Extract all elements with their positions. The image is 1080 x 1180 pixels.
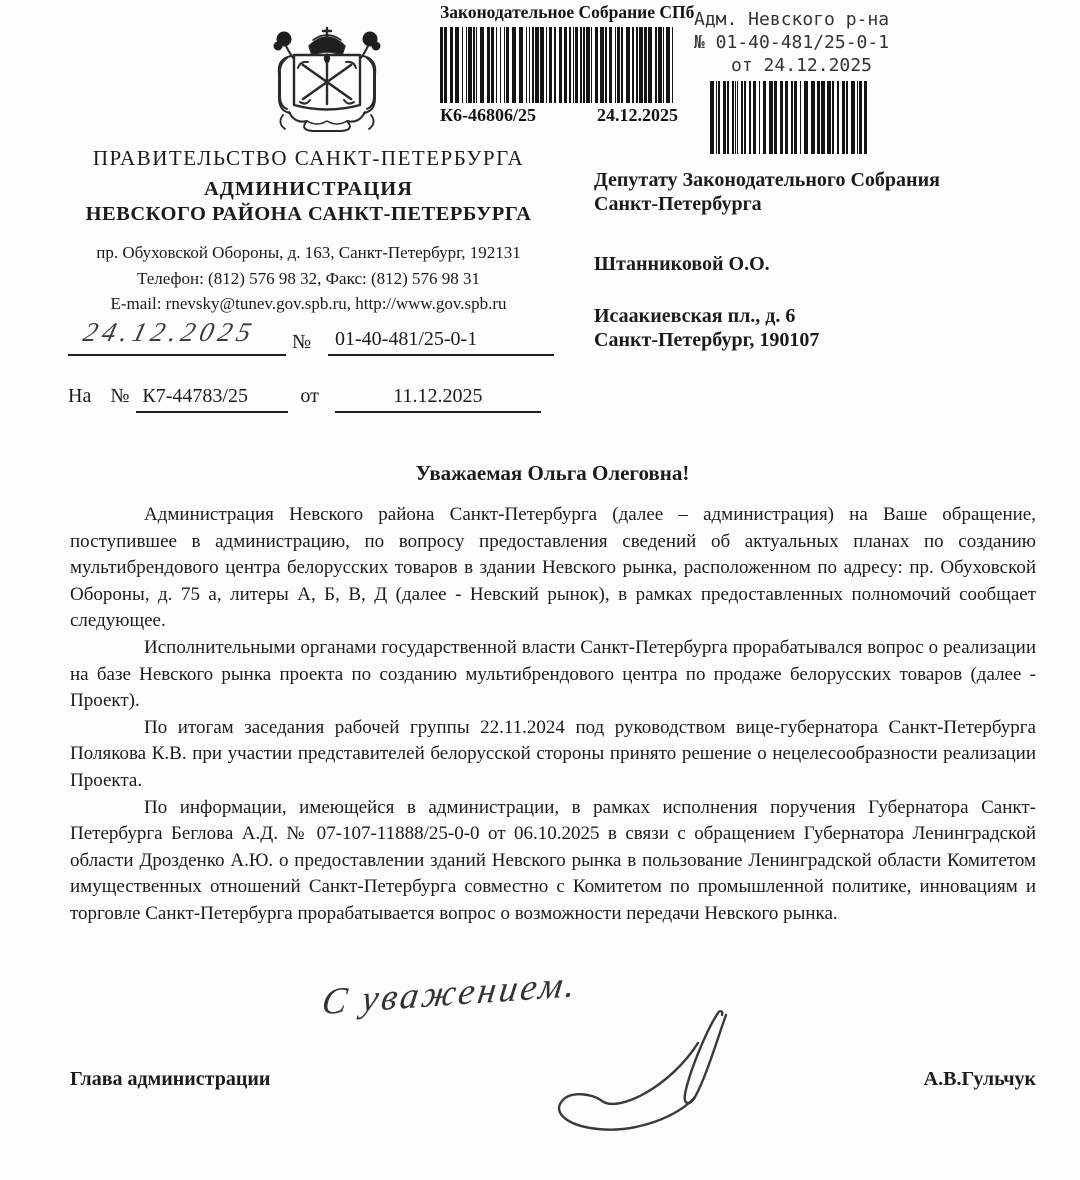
registration-label: Законодательное Собрание СПб (440, 2, 682, 23)
recipient-title-line1: Депутату Законодательного Собрания (594, 168, 1034, 192)
reference-line-incoming: На №К7-44783/25от11.12.2025 (68, 385, 541, 413)
recipient-title-line2: Санкт-Петербурга (594, 192, 1034, 216)
incoming-number: К7-44783/25 (136, 385, 288, 413)
letterhead-org-line2: НЕВСКОГО РАЙОНА САНКТ-ПЕТЕРБУРГА (56, 203, 561, 226)
from-label: от (300, 385, 318, 407)
stamp-number: № 01-40-481/25-0-1 (694, 31, 909, 54)
recipient-address-line1: Исаакиевская пл., д. 6 (594, 304, 1034, 328)
letterhead-address: пр. Обуховской Обороны, д. 163, Санкт-Пе… (56, 243, 561, 263)
letterhead: ПРАВИТЕЛЬСТВО САНКТ-ПЕТЕРБУРГА АДМИНИСТР… (56, 146, 561, 314)
registration-block: Законодательное Собрание СПб К6-46806/25… (440, 2, 682, 126)
outgoing-date-handwritten: 24.12.2025 (80, 317, 259, 348)
spb-coat-of-arms-icon (243, 20, 411, 138)
outgoing-number: 01-40-481/25-0-1 (328, 328, 554, 356)
number-sign: № (292, 331, 311, 354)
letterhead-government: ПРАВИТЕЛЬСТВО САНКТ-ПЕТЕРБУРГА (56, 146, 561, 171)
signer-name: А.В.Гульчук (924, 1068, 1036, 1091)
body-paragraph: По информации, имеющейся в администрации… (70, 795, 1036, 928)
stamp-barcode-icon (710, 81, 870, 154)
letterhead-org-line1: АДМИНИСТРАЦИЯ (56, 178, 561, 201)
letter-page: Законодательное Собрание СПб К6-46806/25… (0, 0, 1080, 1180)
reply-prefix: На № (68, 385, 129, 407)
incoming-stamp: Адм. Невского р-на № 01-40-481/25-0-1 от… (694, 8, 909, 154)
recipient-block: Депутату Законодательного Собрания Санкт… (594, 168, 1034, 352)
letterhead-email: E-mail: rnevsky@tunev.gov.spb.ru, http:/… (56, 294, 561, 314)
signature-icon (540, 1005, 775, 1140)
registration-number-row: К6-46806/25 24.12.2025 (440, 105, 678, 126)
letter-body: Администрация Невского района Санкт-Пете… (70, 502, 1036, 928)
registration-date: 24.12.2025 (597, 105, 678, 126)
outgoing-date-underline (68, 354, 286, 356)
stamp-date: от 24.12.2025 (694, 54, 909, 77)
signer-position: Глава администрации (70, 1068, 270, 1091)
registration-number: К6-46806/25 (440, 105, 536, 126)
body-paragraph: По итогам заседания рабочей группы 22.11… (70, 715, 1036, 795)
stamp-org: Адм. Невского р-на (694, 8, 909, 31)
body-paragraph: Исполнительными органами государственной… (70, 635, 1036, 715)
recipient-address-line2: Санкт-Петербург, 190107 (594, 328, 1034, 352)
registration-barcode-icon (440, 27, 678, 103)
salutation: Уважаемая Ольга Олеговна! (70, 461, 1035, 486)
body-paragraph: Администрация Невского района Санкт-Пете… (70, 502, 1036, 635)
letterhead-phone: Телефон: (812) 576 98 32, Факс: (812) 57… (56, 269, 561, 289)
incoming-date: 11.12.2025 (335, 385, 541, 413)
recipient-name: Штанниковой О.О. (594, 252, 1034, 276)
